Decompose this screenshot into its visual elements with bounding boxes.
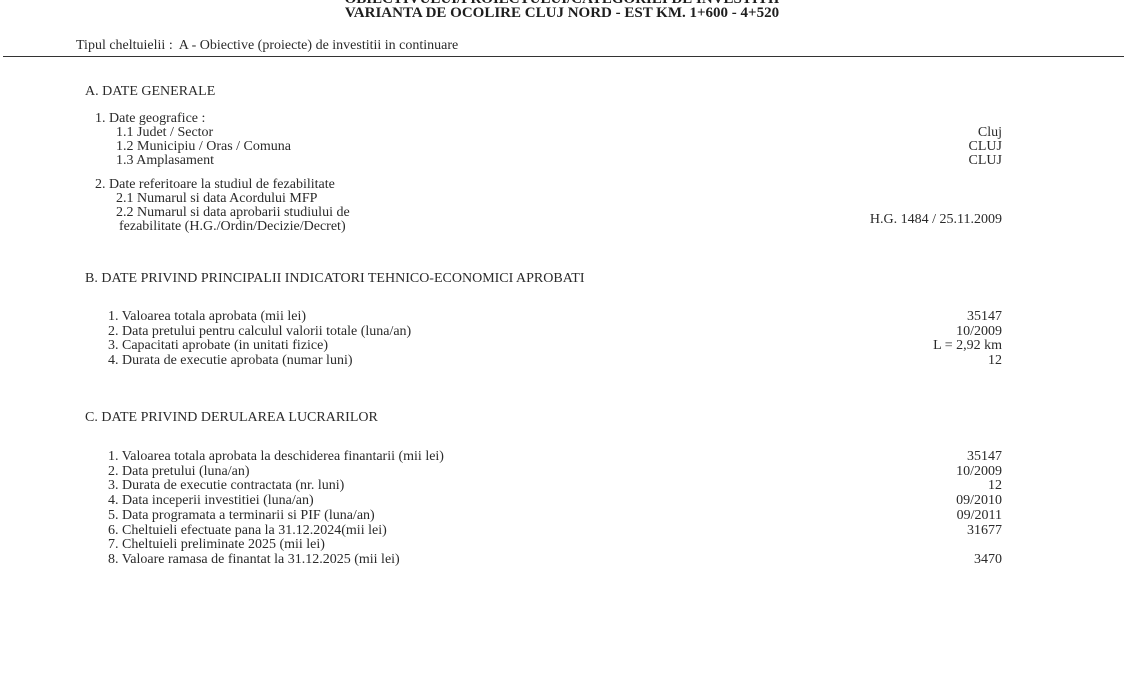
field-value-judet: Cluj — [978, 125, 1002, 140]
progress-row-value: 3470 — [974, 552, 1002, 567]
progress-row-value: 31677 — [967, 523, 1002, 538]
progress-row-label: 3. Durata de executie contractata (nr. l… — [108, 478, 344, 493]
section-b-title: B. DATE PRIVIND PRINCIPALII INDICATORI T… — [85, 271, 584, 287]
field-label-judet: 1.1 Judet / Sector — [116, 125, 213, 140]
progress-row-label: 7. Cheltuieli preliminate 2025 (mii lei) — [108, 537, 325, 552]
progress-row-value: 09/2010 — [956, 493, 1002, 508]
progress-row-value: 35147 — [967, 449, 1002, 464]
section-a-title: A. DATE GENERALE — [85, 84, 215, 100]
expense-type-label: Tipul cheltuielii : — [76, 38, 176, 54]
progress-row-value: 09/2011 — [957, 508, 1002, 523]
field-value-municipiu: CLUJ — [969, 139, 1002, 154]
section-a-group1-title: 1. Date geografice : — [95, 111, 205, 126]
indicator-row-label: 4. Durata de executie aprobata (numar lu… — [108, 353, 353, 368]
progress-row-label: 6. Cheltuieli efectuate pana la 31.12.20… — [108, 523, 387, 538]
field-label-acord-mfp: 2.1 Numarul si data Acordului MFP — [116, 191, 317, 206]
progress-row-label: 8. Valoare ramasa de finantat la 31.12.2… — [108, 552, 400, 567]
indicator-row-label: 3. Capacitati aprobate (in unitati fizic… — [108, 338, 328, 353]
header-divider — [3, 56, 1124, 57]
progress-row-label: 5. Data programata a terminarii si PIF (… — [108, 508, 375, 523]
expense-type-value: A - Obiective (proiecte) de investitii i… — [179, 38, 459, 53]
indicator-row-value: 10/2009 — [956, 324, 1002, 339]
progress-row-label: 4. Data inceperii investitiei (luna/an) — [108, 493, 314, 508]
indicator-row-value: 35147 — [967, 309, 1002, 324]
indicator-row-label: 1. Valoarea totala aprobata (mii lei) — [108, 309, 306, 324]
expense-type-row: Tipul cheltuielii : A - Obiective (proie… — [76, 38, 458, 54]
indicator-row-label: 2. Data pretului pentru calculul valorii… — [108, 324, 411, 339]
progress-row-label: 2. Data pretului (luna/an) — [108, 464, 250, 479]
field-value-aprobare-sf: H.G. 1484 / 25.11.2009 — [870, 212, 1002, 227]
field-value-amplasament: CLUJ — [969, 153, 1002, 168]
field-label-amplasament: 1.3 Amplasament — [116, 153, 214, 168]
progress-row-value: 12 — [988, 478, 1002, 493]
indicator-row-value: L = 2,92 km — [933, 338, 1002, 353]
field-label-aprobare-sf-cont: fezabilitate (H.G./Ordin/Decizie/Decret) — [119, 219, 346, 234]
progress-row-value: 10/2009 — [956, 464, 1002, 479]
indicator-row-value: 12 — [988, 353, 1002, 368]
field-label-municipiu: 1.2 Municipiu / Oras / Comuna — [116, 139, 291, 154]
field-label-aprobare-sf: 2.2 Numarul si data aprobarii studiului … — [116, 205, 350, 220]
section-a-group2-title: 2. Date referitoare la studiul de fezabi… — [95, 177, 335, 192]
section-c-title: C. DATE PRIVIND DERULAREA LUCRARILOR — [85, 410, 378, 426]
progress-row-label: 1. Valoarea totala aprobata la deschider… — [108, 449, 444, 464]
document-title-line-2: VARIANTA DE OCOLIRE CLUJ NORD - EST KM. … — [0, 5, 1124, 22]
